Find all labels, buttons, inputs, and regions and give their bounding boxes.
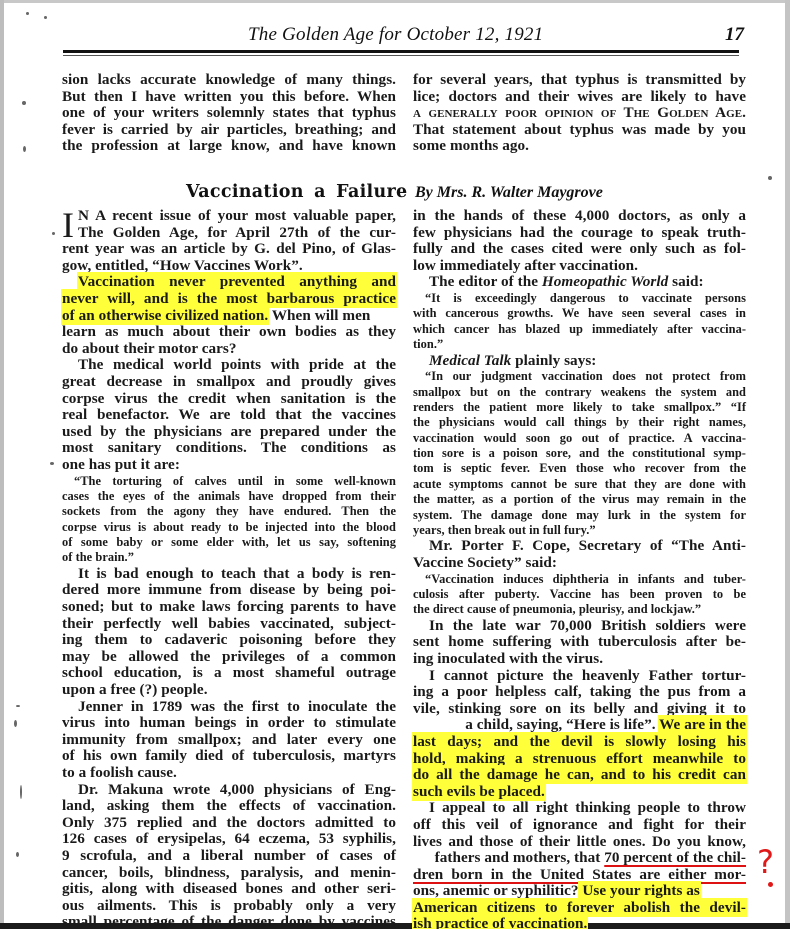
text-line: virus into human beings in order to stim…: [62, 715, 396, 732]
text-line: real benefactor. We are told that the va…: [62, 407, 396, 424]
highlighted-line: of an otherwise civilized nation. When w…: [62, 308, 396, 325]
highlighted-line: Vaccination never prevented anything and: [62, 274, 396, 291]
text-line: lice; doctors and their wives are likely…: [413, 89, 746, 106]
source-title: Medical Talk: [429, 352, 511, 369]
scan-speck: [20, 785, 22, 799]
quote-line: sockets from the agony they have endured…: [62, 504, 396, 519]
highlight: never will, and is the most barbarous pr…: [62, 290, 396, 307]
quote-line: the direct cause of pneumonia, pleurisy,…: [413, 602, 746, 617]
text-line: immunity from smallpox; and later every …: [62, 732, 396, 749]
highlighted-line: last days; and the devil is slowly losin…: [413, 734, 746, 751]
quote-line: cases the eyes of the animals have dropp…: [62, 489, 396, 504]
text-line: 9 scrofula, and a liberal number of case…: [62, 848, 396, 865]
header-rule: [63, 50, 739, 53]
text-line: That statement about typhus was made by …: [413, 122, 746, 139]
quote-line: tion sore is a poison sore, and the cons…: [413, 446, 746, 461]
text-span: said:: [668, 273, 703, 290]
text-span: plainly says:: [511, 352, 596, 369]
text-line: The editor of the Homeopathic World said…: [413, 274, 746, 291]
red-dot-annotation: [768, 882, 773, 887]
text-line: dered more immune from disease by being …: [62, 582, 396, 599]
text-line: Only 375 replied and the doctors admitte…: [62, 815, 396, 832]
text-line: low immediately after vaccination.: [413, 258, 746, 275]
quote-line: culosis after puberty. Vaccine has been …: [413, 587, 746, 602]
red-question-mark-annotation: ?: [757, 843, 774, 881]
text-line: lives and those of their little ones. Do…: [413, 834, 746, 851]
text-line: I cannot picture the heavenly Father tor…: [413, 668, 746, 685]
text-line: most sanitary conditions. The conditions…: [62, 440, 396, 457]
quote-line: system. The damage done may lurk in the …: [413, 508, 746, 523]
text-line: sent home suffering with tuberculosis af…: [413, 634, 746, 651]
text-line: The Golden Age, for April 27th of the cu…: [62, 225, 396, 242]
text-line: in the hands of these 4,000 doctors, as …: [413, 208, 746, 225]
text-line: vile, stinking sore on its belly and giv…: [413, 701, 746, 718]
text-line: ing inoculated with the virus.: [413, 651, 746, 668]
quote-line: “The torturing of calves until in some w…: [62, 474, 396, 489]
text-line: their perfectly well babies vaccinated, …: [62, 616, 396, 633]
text-span: fathers and mothers, that: [435, 849, 605, 866]
text-line: great decrease in smallpox and proudly g…: [62, 374, 396, 391]
text-line: upon a free (?) people.: [62, 682, 396, 699]
page-number: 17: [725, 24, 744, 46]
quote-line: which cancer has blazed up immediately a…: [413, 322, 746, 337]
text-line: soned; but to make laws forcing parents …: [62, 599, 396, 616]
text-line: Dr. Makuna wrote 4,000 physicians of Eng…: [62, 782, 396, 799]
quote-line: of the brain.”: [62, 550, 396, 565]
quote-line: tom is septic fever. Even those who reco…: [413, 461, 746, 476]
quote-line: of some baby or some elder with, let us …: [62, 535, 396, 550]
text-line: Medical Talk plainly says:: [413, 353, 746, 370]
text-line: one of your writers solemnly states that…: [62, 105, 396, 122]
quote-line: smallpox but on the contrary weakens the…: [413, 385, 746, 400]
quote-line: tion.”: [413, 337, 746, 352]
scan-speck: [22, 101, 26, 105]
scan-speck: [26, 12, 29, 15]
text-line: a generally poor opinion of The Golden A…: [413, 105, 746, 122]
highlight: ish practice of vaccination.: [413, 915, 587, 929]
quote-line: years, then break out in full fury.”: [413, 523, 746, 538]
scan-speck: [14, 720, 17, 727]
running-head: The Golden Age for October 12, 1921: [248, 24, 543, 46]
text-line: Vaccine Society” said:: [413, 555, 746, 572]
highlight: We are in the: [659, 716, 746, 733]
quote-line: the physicians would call things by thei…: [413, 415, 746, 430]
text-line: the profession at large know, and have k…: [62, 138, 396, 155]
scan-speck: [16, 852, 19, 857]
source-title: Homeopathic World: [542, 273, 668, 290]
text-line: sion lacks accurate knowledge of many th…: [62, 72, 396, 89]
text-line: of his own family died of tuberculosis, …: [62, 748, 396, 765]
scan-speck: [50, 462, 54, 465]
text-line: 126 cases of erysipelas, 64 eczema, 53 s…: [62, 831, 396, 848]
text-line: gow, entitled, “How Vaccines Work”.: [62, 258, 396, 275]
highlight: such evils be placed.: [413, 783, 545, 800]
quote-line: “It is exceedingly dangerous to vaccinat…: [413, 291, 746, 306]
window-frame-left: [0, 0, 4, 929]
text-line: one has put it are:: [62, 457, 396, 474]
scan-speck: [44, 16, 47, 19]
quote-line: vaccination would soon go out of practic…: [413, 431, 746, 446]
text-line: learn as much about their own bodies as …: [62, 324, 396, 341]
quote-line: the matter, as a portion of the virus ma…: [413, 492, 746, 507]
text-line: cancer, boils, blindness, paralysis, and…: [62, 865, 396, 882]
red-underline: ons, anemic or syphilitic?: [413, 882, 579, 899]
highlighted-line: do all the damage he can, and to his cre…: [413, 767, 746, 784]
text-line: may be allowed the privileges of a commo…: [62, 649, 396, 666]
highlighted-line: ish practice of vaccination.: [413, 916, 746, 929]
text-line: I appeal to all right thinking people to…: [413, 800, 746, 817]
quote-line: “Vaccination induces diphtheria in infan…: [413, 572, 746, 587]
red-underline: 70 percent of the chil-: [604, 849, 746, 866]
text-line: school education, is a most shameful out…: [62, 665, 396, 682]
text-line: dren born in the United States are eithe…: [413, 867, 746, 884]
header-rule-thin: [63, 55, 739, 56]
article-title: Vaccination a Failure: [186, 182, 407, 202]
highlight: American citizens to forever abolish the…: [413, 899, 746, 916]
text-line: a child, saying, “Here is life”. We are …: [413, 717, 746, 734]
red-underline: dren born in the United States are eithe…: [413, 866, 746, 883]
quote-line: renders the patient more likely to take …: [413, 400, 746, 415]
text-line: fever is carried by air particles, breat…: [62, 122, 396, 139]
continued-left-column: sion lacks accurate knowledge of many th…: [62, 72, 396, 155]
text-line: fathers and mothers, that 70 percent of …: [413, 850, 746, 867]
highlight: do all the damage he can, and to his cre…: [413, 766, 746, 783]
text-line: It is bad enough to teach that a body is…: [62, 566, 396, 583]
window-frame-top: [0, 0, 790, 3]
text-line: ing them to cadaveric poisoning before t…: [62, 632, 396, 649]
text-span: When will men: [268, 307, 370, 324]
highlight: Vaccination never prevented anything and: [78, 273, 396, 290]
scan-speck: [23, 146, 26, 152]
highlighted-line: such evils be placed.: [413, 784, 746, 801]
text-span: The editor of the: [429, 273, 542, 290]
article-right-column: in the hands of these 4,000 doctors, as …: [413, 208, 746, 929]
text-line: rent year was an article by G. del Pino,…: [62, 241, 396, 258]
text-line: The medical world points with pride at t…: [62, 357, 396, 374]
text-line: some months ago.: [413, 138, 746, 155]
text-line: for several years, that typhus is transm…: [413, 72, 746, 89]
highlighted-line: American citizens to forever abolish the…: [413, 900, 746, 917]
text-line: ing a poor helpless calf, taking the pus…: [413, 684, 746, 701]
quote-line: corpse virus is about ready to be inject…: [62, 520, 396, 535]
text-span: a child, saying, “Here is life”.: [465, 716, 659, 733]
text-line: fully and the cases cited were only such…: [413, 241, 746, 258]
quote-line: “In our judgment vaccination does not pr…: [413, 369, 746, 384]
text-line: small percentage of the danger done by v…: [62, 914, 396, 929]
text-line: do about their motor cars?: [62, 341, 396, 358]
text-line: Jenner in 1789 was the first to inoculat…: [62, 699, 396, 716]
article-left-column: I N A recent issue of your most valuable…: [62, 208, 396, 929]
highlight: Use your rights as: [579, 882, 700, 899]
quote-line: acute symptoms cannot be sure that they …: [413, 477, 746, 492]
text-line: In the late war 70,000 British soldiers …: [413, 618, 746, 635]
highlight: hold, making a strenuous effort meanwhil…: [413, 750, 746, 767]
quote-line: with cancerous growths. We have seen sev…: [413, 306, 746, 321]
highlighted-line: hold, making a strenuous effort meanwhil…: [413, 751, 746, 768]
text-line: ons, anemic or syphilitic? Use your righ…: [413, 883, 746, 900]
scan-speck: [768, 176, 772, 180]
highlight: of an otherwise civilized nation.: [62, 307, 268, 324]
text-line: off this veil of ignorance and fight for…: [413, 817, 746, 834]
text-line: Mr. Porter F. Cope, Secretary of “The An…: [413, 538, 746, 555]
article-byline: By Mrs. R. Walter Maygrove: [415, 184, 603, 202]
highlighted-line: never will, and is the most barbarous pr…: [62, 291, 396, 308]
scrollbar-track[interactable]: [785, 0, 790, 929]
text-line: ous ailments. This is probably only a ve…: [62, 898, 396, 915]
drop-cap: I: [62, 210, 74, 240]
continued-right-column: for several years, that typhus is transm…: [413, 72, 746, 155]
text-line: N A recent issue of your most valuable p…: [62, 208, 396, 225]
text-line: used by the physicians are prepared unde…: [62, 424, 396, 441]
scan-speck: [52, 232, 55, 235]
text-line: But then I have written you this before.…: [62, 89, 396, 106]
text-line: land, asking them the effects of vaccina…: [62, 798, 396, 815]
text-line: gitis, along with diseased bones and oth…: [62, 881, 396, 898]
scan-speck: [16, 705, 20, 707]
text-line: few physicians had the courage to speak …: [413, 225, 746, 242]
highlight: last days; and the devil is slowly losin…: [413, 733, 746, 750]
text-line: corpse virus the credit when sanitation …: [62, 391, 396, 408]
text-line: to a foolish cause.: [62, 765, 396, 782]
